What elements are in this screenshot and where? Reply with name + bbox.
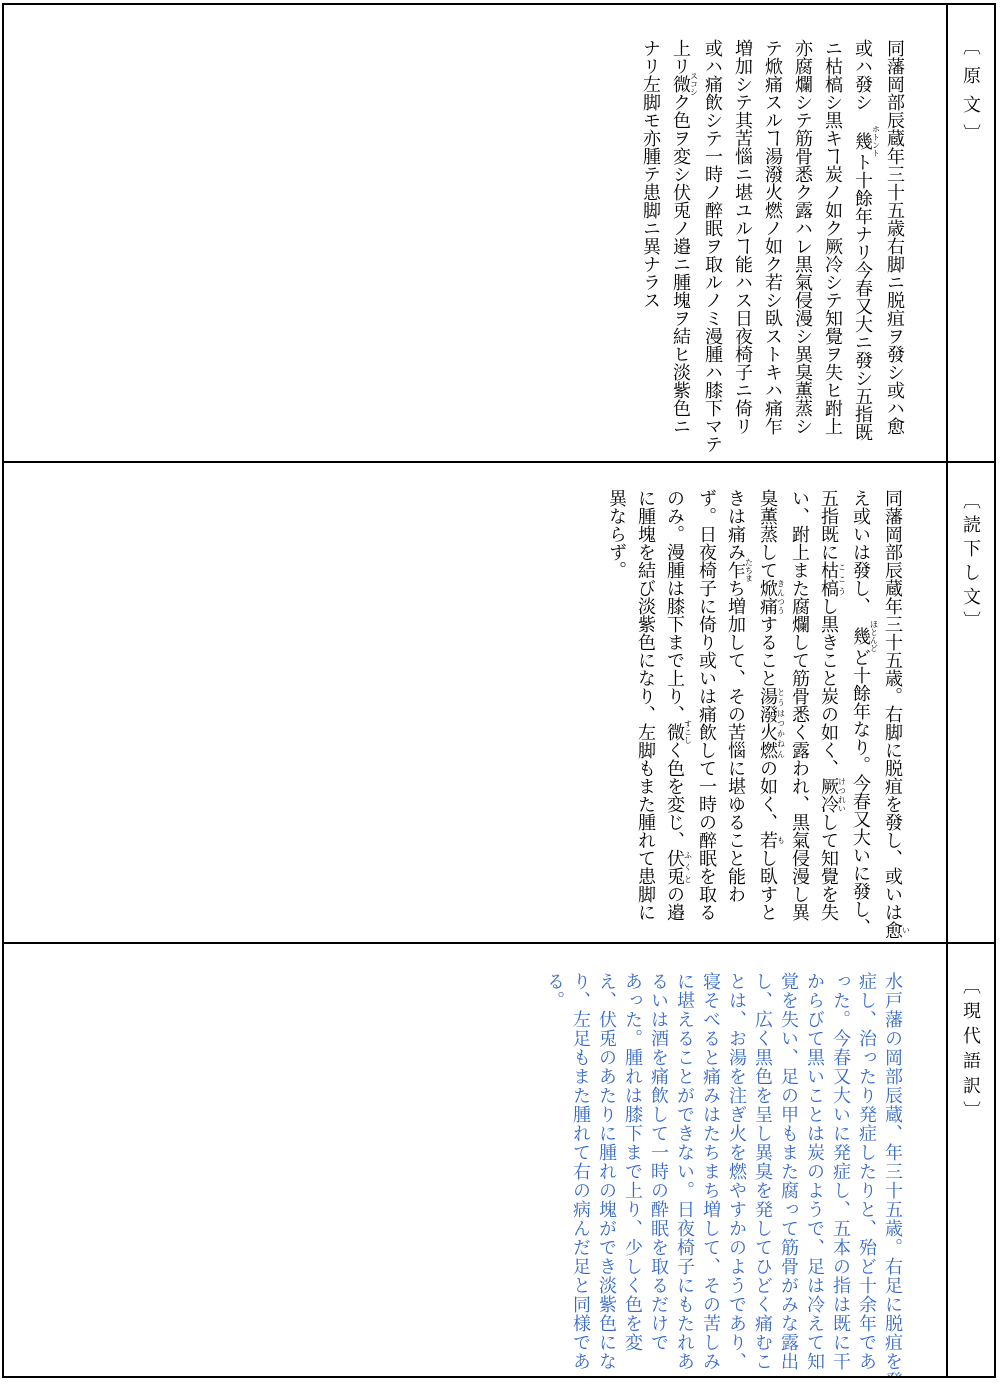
- reading-text-content: 同藩岡部辰蔵年三十五歳。右脚に脱疽を發し、或いは愈いえ或いは發し、 幾ほとんどど…: [4, 463, 946, 942]
- text-column: 或ハ痛飲シテ一時ノ醉眠ヲ取ルノミ漫腫ハ膝下マテ: [698, 39, 728, 455]
- document-page: 同藩岡部辰蔵年三十五歳右脚ニ脱疽ヲ發シ或ハ愈或ハ發シ 幾ホトントト十餘年ナリ今春…: [2, 3, 996, 1378]
- text-column: ニ枯槁シ黒キヿ炭ノ如ク厥冷シテ知覺ヲ失ヒ跗上: [818, 39, 848, 455]
- furigana-annotated-word: 焮痛きんつう: [758, 579, 778, 615]
- text-column: るいは酒を痛飲して一時の酔眠を取るだけで: [646, 972, 672, 1370]
- furigana-annotated-word: 湯潑火燃とうはつかねん: [758, 687, 778, 759]
- reading-text-header: 〔読下し文〕: [958, 463, 984, 635]
- section-modern-translation: 水戸藩の岡部辰蔵、年三十五歳。右足に脱疽を発症し、治ったり発症したりと、殆ど十余…: [4, 942, 994, 1376]
- text-column: からびて黒いことは炭のようで、足は冷えて知: [802, 972, 828, 1370]
- modern-translation-columns: 水戸藩の岡部辰蔵、年三十五歳。右足に脱疽を発症し、治ったり発症したりと、殆ど十余…: [536, 944, 946, 1376]
- text-column: とは、お湯を注ぎ火を燃やすかのようであり、: [724, 972, 750, 1370]
- text-column: 臭薫蒸して焮痛きんつうすること湯潑火燃とうはつかねんの如く、若もし臥すと: [753, 489, 785, 936]
- furigana-annotated-word: 幾ほとんど: [851, 624, 871, 648]
- original-text-content: 同藩岡部辰蔵年三十五歳右脚ニ脱疽ヲ發シ或ハ愈或ハ發シ 幾ホトントト十餘年ナリ今春…: [4, 5, 946, 461]
- furigana-annotated-word: 微すこし: [665, 723, 685, 741]
- furigana-annotated-word: 愈い: [883, 921, 903, 939]
- furigana-annotated-word: 乍たちま: [726, 561, 746, 579]
- text-column: 上リ微スコシク色ヲ変シ伏兎ノ邉ニ腫塊ヲ結ヒ淡紫色ニ: [666, 39, 698, 455]
- section-reading-text: 同藩岡部辰蔵年三十五歳。右脚に脱疽を發し、或いは愈いえ或いは發し、 幾ほとんどど…: [4, 461, 994, 942]
- text-column: る。: [542, 972, 568, 1370]
- text-column: 或ハ發シ 幾ホトントト十餘年ナリ今春又大ニ發シ五指既: [848, 39, 880, 455]
- text-column: 水戸藩の岡部辰蔵、年三十五歳。右足に脱疽を発: [880, 972, 906, 1370]
- furigana-annotated-word: 幾ホトント: [853, 129, 873, 153]
- text-column: ず。日夜椅子に倚り或いは痛飲して一時の醉眠を取る: [692, 489, 721, 936]
- text-column: し、広く黒色を呈し異臭を発してひどく痛むこ: [750, 972, 776, 1370]
- text-column: 症し、治ったり発症したりと、殆ど十余年であ: [854, 972, 880, 1370]
- furigana-annotated-word: 枯槁ここう: [819, 561, 839, 597]
- furigana-annotated-word: 厥冷けつれい: [819, 777, 839, 813]
- text-column: 同藩岡部辰蔵年三十五歳右脚ニ脱疽ヲ發シ或ハ愈: [880, 39, 910, 455]
- text-column: に腫塊を結び淡紫色になり、左脚もまた腫れて患脚に: [631, 489, 660, 936]
- furigana-annotated-word: 微スコシ: [671, 75, 691, 93]
- text-column: え、伏兎のあたりに腫れの塊ができ淡紫色にな: [594, 972, 620, 1370]
- reading-text-columns: 同藩岡部辰蔵年三十五歳。右脚に脱疽を發し、或いは愈いえ或いは發し、 幾ほとんどど…: [596, 463, 946, 942]
- text-column: テ焮痛スルヿ湯潑火燃ノ如ク若シ臥ストキハ痛乍: [758, 39, 788, 455]
- text-column: え或いは發し、 幾ほとんどど十餘年なり。今春又大いに發し、: [846, 489, 878, 936]
- text-column: 覚を失い、足の甲もまた腐って筋骨がみな露出: [776, 972, 802, 1370]
- text-column: 五指既に枯槁ここうし黒きこと炭の如く、厥冷けつれいして知覺を失: [814, 489, 846, 936]
- text-column: あった。腫れは膝下まで上り、少しく色を変: [620, 972, 646, 1370]
- furigana-annotated-word: 伏兎ふくと: [665, 849, 685, 885]
- text-column: きは痛み乍たちまち増加して、その苦惱に堪ゆること能わ: [721, 489, 753, 936]
- reading-text-header-cell: 〔読下し文〕: [946, 463, 994, 942]
- text-column: ナリ左脚モ亦腫テ患脚ニ異ナラス: [636, 39, 666, 455]
- text-column: のみ。漫腫は膝下まで上り、微すこしく色を変じ、伏兎ふくとの邉: [660, 489, 692, 936]
- modern-translation-header-cell: 〔現代語訳〕: [946, 944, 994, 1376]
- text-column: に堪えることができない。日夜椅子にもたれあ: [672, 972, 698, 1370]
- text-column: 寝そべると痛みはたちまち増して、その苦しみ: [698, 972, 724, 1370]
- furigana-annotated-word: 若も: [758, 831, 778, 849]
- text-column: い、跗上また腐爛して筋骨悉く露われ、黒氣侵漫し異: [785, 489, 814, 936]
- text-column: 同藩岡部辰蔵年三十五歳。右脚に脱疽を發し、或いは愈い: [878, 489, 910, 936]
- original-text-header: 〔原文〕: [958, 5, 984, 153]
- text-column: った。今春又大いに発症し、五本の指は既に干: [828, 972, 854, 1370]
- original-text-columns: 同藩岡部辰蔵年三十五歳右脚ニ脱疽ヲ發シ或ハ愈或ハ發シ 幾ホトントト十餘年ナリ今春…: [630, 5, 946, 461]
- text-column: 異ならず。: [602, 489, 631, 936]
- modern-translation-header: 〔現代語訳〕: [958, 944, 984, 1126]
- text-column: り、左足もまた腫れて右の病んだ足と同様であ: [568, 972, 594, 1370]
- original-text-header-cell: 〔原文〕: [946, 5, 994, 461]
- text-column: 亦腐爛シテ筋骨悉ク露ハレ黒氣侵漫シ異臭薫蒸シ: [788, 39, 818, 455]
- section-original-text: 同藩岡部辰蔵年三十五歳右脚ニ脱疽ヲ發シ或ハ愈或ハ發シ 幾ホトントト十餘年ナリ今春…: [4, 5, 994, 461]
- text-column: 増加シテ其苦惱ニ堪ユルヿ能ハス日夜椅子ニ倚リ: [728, 39, 758, 455]
- modern-translation-content: 水戸藩の岡部辰蔵、年三十五歳。右足に脱疽を発症し、治ったり発症したりと、殆ど十余…: [4, 944, 946, 1376]
